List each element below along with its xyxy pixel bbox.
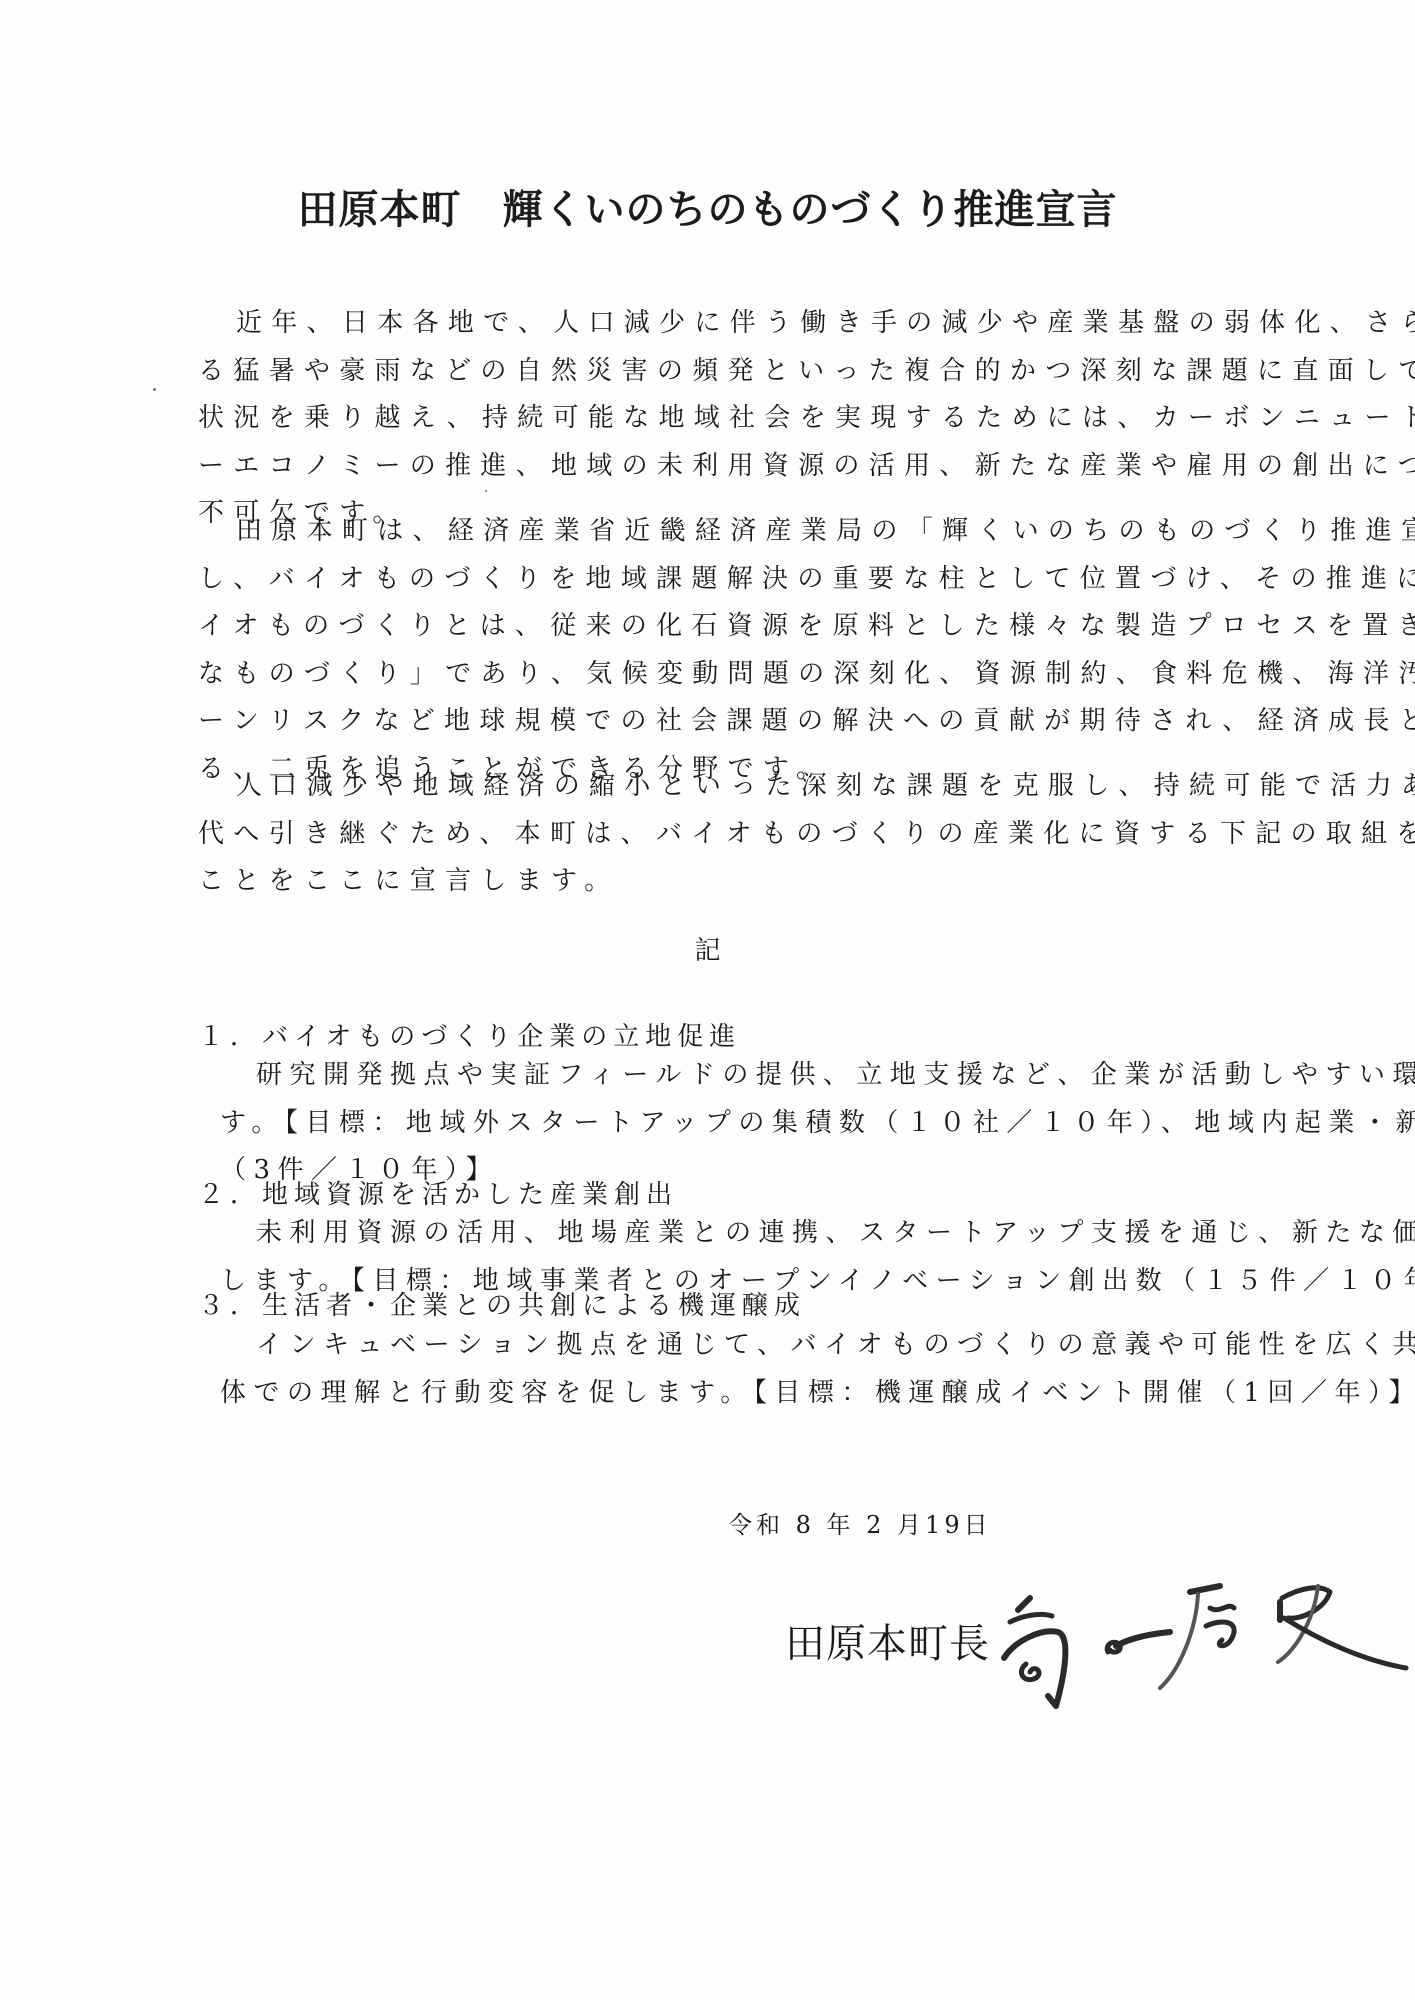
document-title: 田原本町 輝くいのちのものづくり推進宣言 (0, 178, 1415, 235)
item-line: インキュベーション拠点を通じて、バイオものづくりの意義や可能性を広く共有し、地域… (198, 1322, 1238, 1370)
scan-speck (153, 388, 156, 391)
item-line: 未利用資源の活用、地場産業との連携、スタートアップ支援を通じ、新たな価値創造を促… (198, 1210, 1238, 1258)
paragraph-line: 状況を乗り越え、持続可能な地域社会を実現するためには、カーボンニュートラルやサー… (198, 395, 1238, 443)
paragraph-line: 近年、日本各地で、人口減少に伴う働き手の減少や産業基盤の弱体化、さらには気候変動… (198, 300, 1238, 348)
paragraph-line: ーンリスクなど地球規模での社会課題の解決への貢献が期待され、経済成長との両立を可… (198, 698, 1238, 746)
item-line: 体での理解と行動変容を促します。【目標：機運醸成イベント開催（1回／年）】 (198, 1370, 1238, 1418)
paragraph-line: 田原本町は、経済産業省近畿経済産業局の「輝くいのちのものづくり推進宣言」の趣旨に… (198, 508, 1238, 556)
handwritten-signature (1000, 1580, 1410, 1730)
item-heading-2: ２．地域資源を活かした産業創出 (198, 1174, 678, 1211)
paragraph-3: 人口減少や地域経済の縮小といった深刻な課題を克服し、持続可能で活力ある地域社会を… (198, 763, 1238, 906)
paragraph-line: 人口減少や地域経済の縮小といった深刻な課題を克服し、持続可能で活力ある地域社会を… (198, 763, 1238, 811)
ki-heading: 記 (0, 930, 1415, 967)
paragraph-line: ことをここに宣言します。 (198, 858, 1238, 906)
paragraph-line: し、バイオものづくりを地域課題解決の重要な柱として位置づけ、その推進に取り組みま… (198, 556, 1238, 604)
paragraph-line: 代へ引き継ぐため、本町は、バイオものづくりの産業化に資する下記の取組を積極的に推… (198, 811, 1238, 859)
declaration-date: 令和 8 年 2 月19日 (728, 1505, 992, 1540)
item-line: 研究開発拠点や実証フィールドの提供、立地支援など、企業が活動しやすい環境を整備し… (198, 1052, 1238, 1100)
document-page: 田原本町 輝くいのちのものづくり推進宣言 近年、日本各地で、人口減少に伴う働き手… (0, 0, 1415, 2000)
paragraph-2: 田原本町は、経済産業省近畿経済産業局の「輝くいのちのものづくり推進宣言」の趣旨に… (198, 508, 1238, 793)
item-heading-3: ３．生活者・企業との共創による機運醸成 (198, 1285, 806, 1322)
paragraph-1: 近年、日本各地で、人口減少に伴う働き手の減少や産業基盤の弱体化、さらには気候変動… (198, 300, 1238, 538)
item-heading-1: １．バイオものづくり企業の立地促進 (198, 1016, 741, 1053)
paragraph-line: イオものづくりとは、従来の化石資源を原料とした様々な製造プロセスを置き換える「持… (198, 603, 1238, 651)
paragraph-line: ーエコノミーの推進、地域の未利用資源の活用、新たな産業や雇用の創出につながる施策… (198, 443, 1238, 491)
scan-speck (485, 490, 487, 492)
paragraph-line: る猛暑や豪雨などの自然災害の頻発といった複合的かつ深刻な課題に直面しています。こ… (198, 348, 1238, 396)
item-body-3: インキュベーション拠点を通じて、バイオものづくりの意義や可能性を広く共有し、地域… (198, 1322, 1238, 1417)
item-line: す。【目標：地域外スタートアップの集積数（１０社／１０年）、地域内起業・新規事業… (198, 1100, 1238, 1148)
signer-title: 田原本町長 (785, 1612, 990, 1669)
paragraph-line: なものづくり」であり、気候変動問題の深刻化、資源制約、食料危機、海洋汚染、サプラ… (198, 651, 1238, 699)
